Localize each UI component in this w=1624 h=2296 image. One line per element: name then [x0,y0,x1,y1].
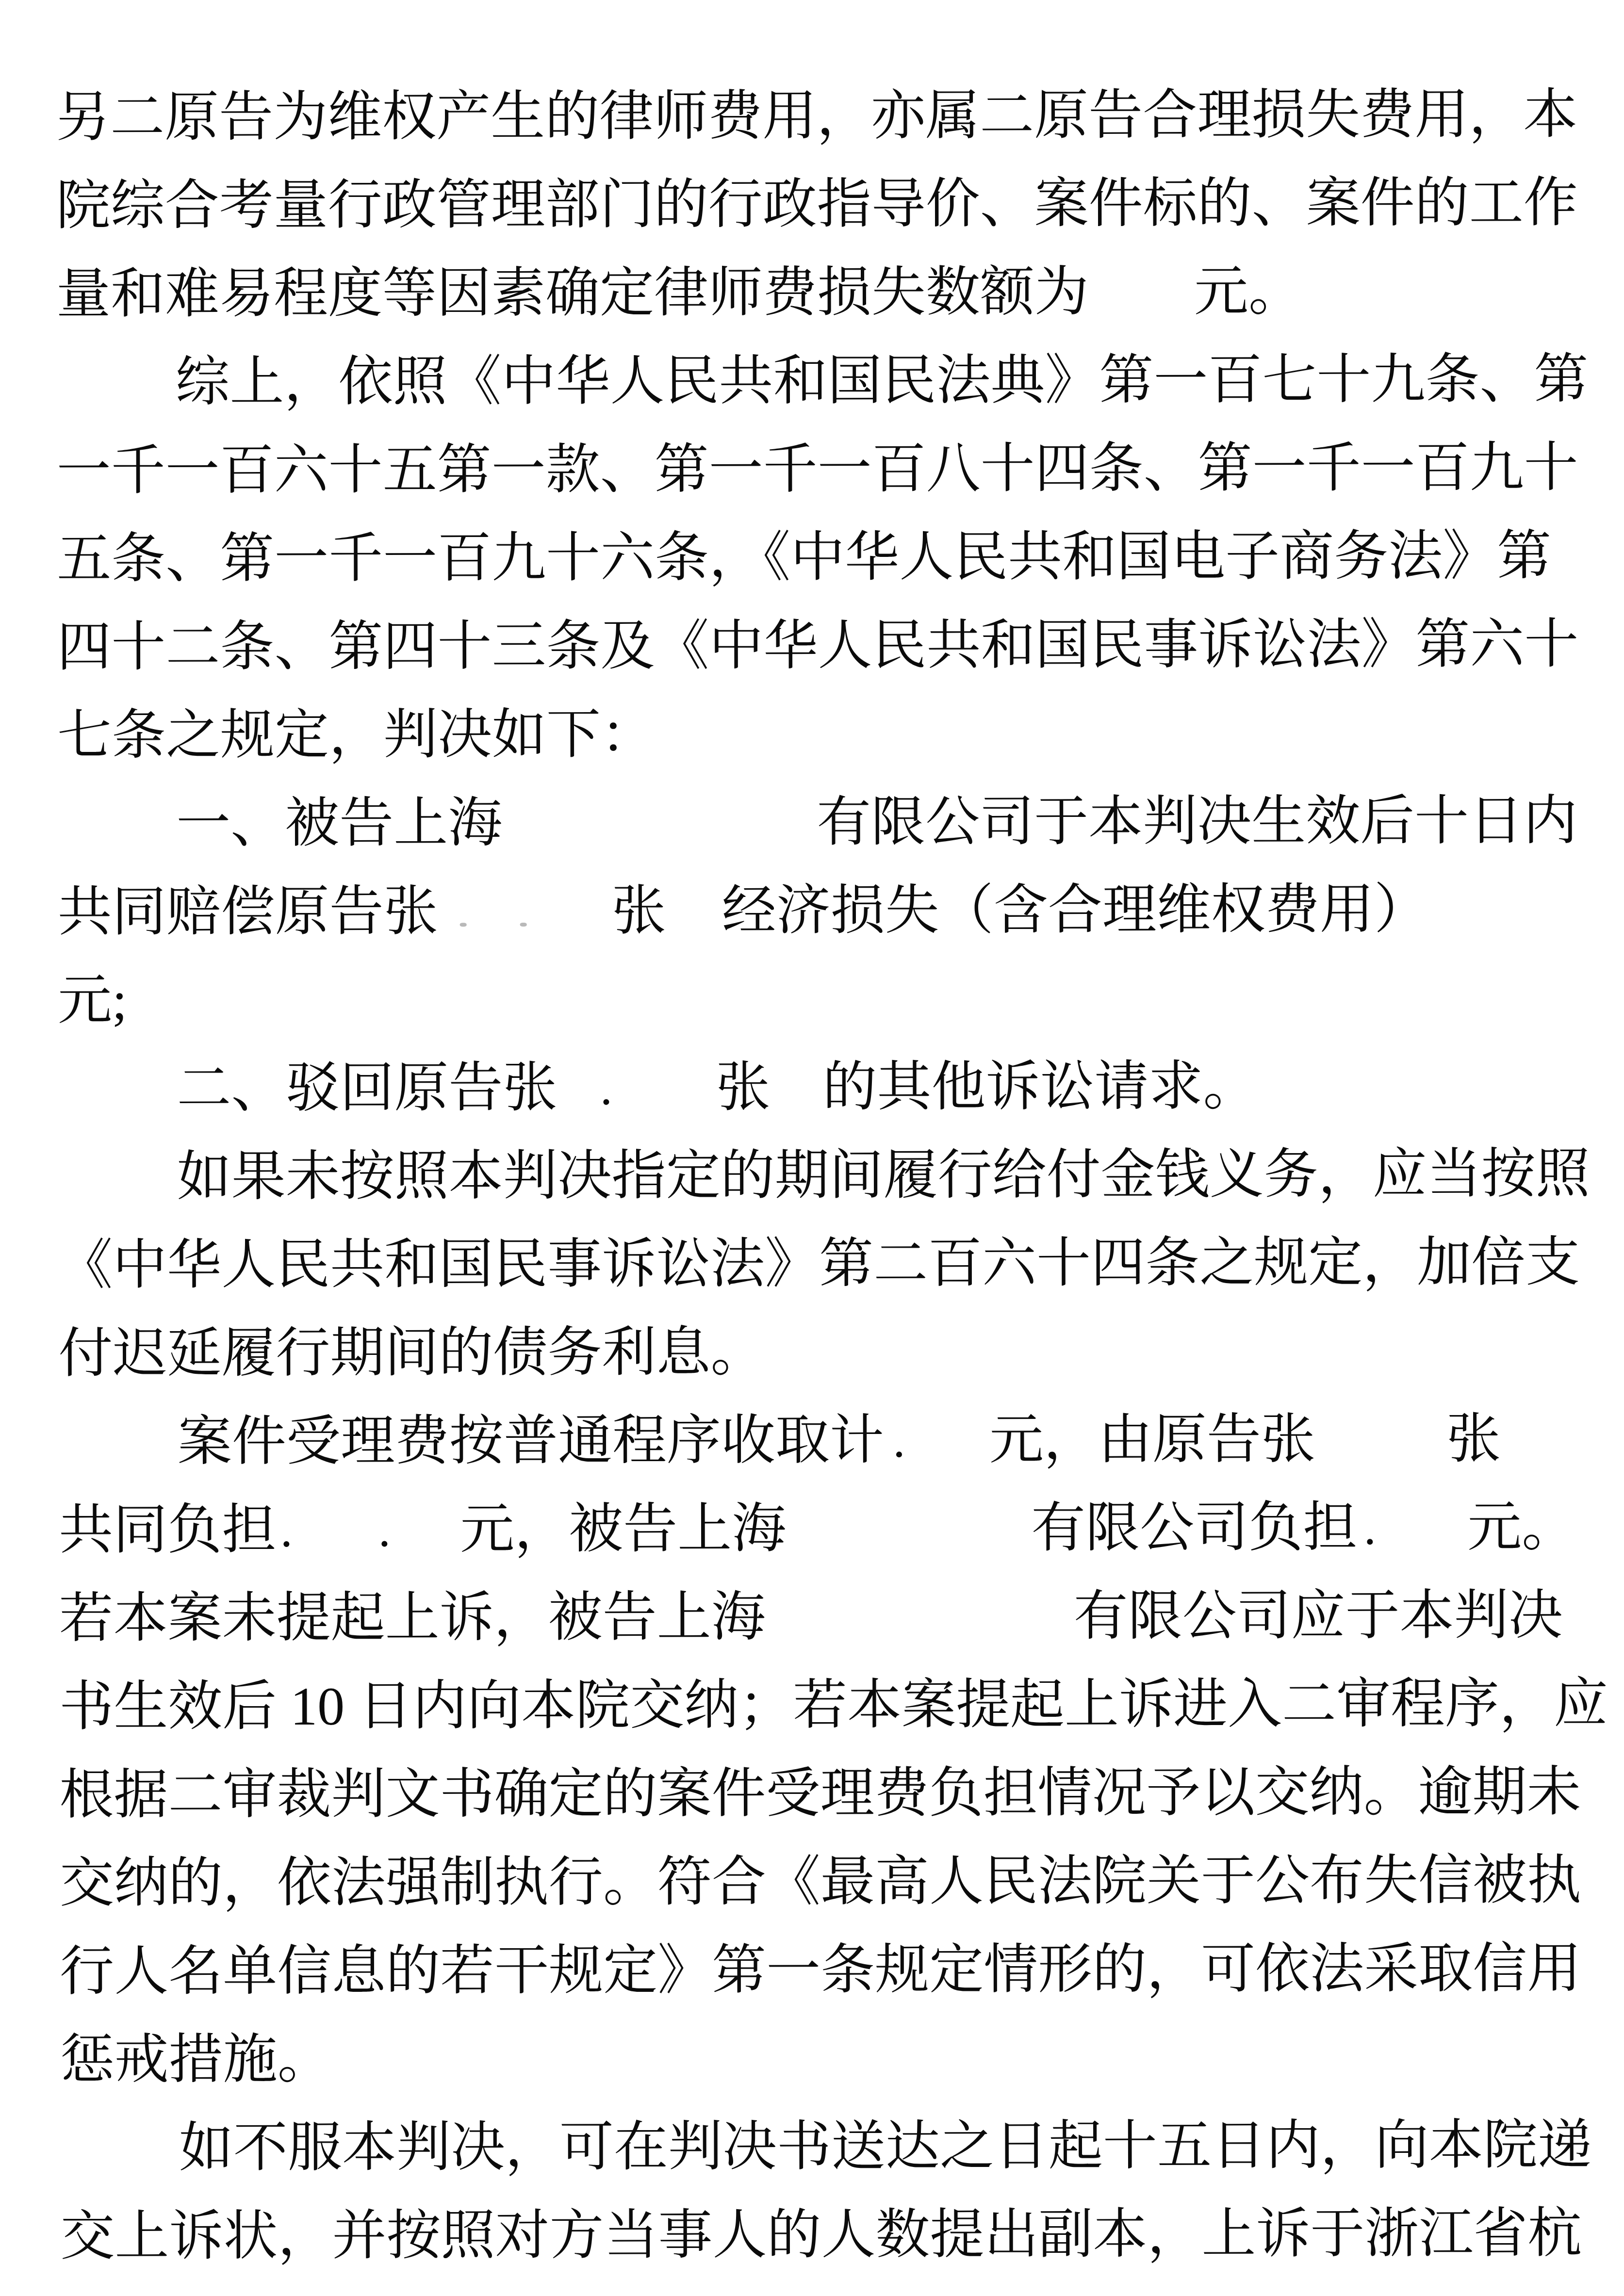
text-line: 另二原告为维权产生的律师费用，亦属二原告合理损失费用，本 [56,70,1579,162]
redacted-blank [766,1634,1074,1635]
text-line: 元; [58,953,1581,1045]
text-line: 共同赔偿原告张张经济损失（含合理维权费用） [57,865,1581,957]
text-line: 书生效后 10 日内向本院交纳；若本案提起上诉进入二审程序，应 [59,1660,1583,1751]
redacted-blank [666,928,722,929]
text-segment: 元。 [1194,262,1303,322]
judgment-page: 另二原告为维权产生的律师费用，亦属二原告合理损失费用，本院综合考量行政管理部门的… [56,70,1584,2281]
redacted-blank [609,1105,716,1106]
text-line: 一千一百六十五第一款、第一千一百八十四条、第一千一百九十 [57,423,1580,515]
text-line: 交纳的，依法强制执行。符合《最高人民法院关于公布失信被执 [60,1836,1583,1928]
text-segment: 付迟延履行期间的债务利息。 [58,1322,765,1384]
redacted-blank [467,929,520,929]
text-segment: 共同负担 [59,1500,276,1561]
text-segment: 如果未按照本判决指定的期间履行给付金钱义务，应当按照 [177,1144,1590,1207]
text-segment: 四十二条、第四十三条及《中华人民共和国民事诉讼法》第六十 [57,614,1578,678]
text-segment: 案件受理费按普通程序收取计 [178,1410,884,1472]
text-segment: 元，被告上海 [460,1499,786,1560]
text-line: 院综合考量行政管理部门的行政指导价、案件标的、案件的工作 [56,159,1579,250]
text-segment: 行人名单信息的若干规定》第一条规定情形的，可依法采取信用 [60,1938,1581,2002]
text-segment: 的其他诉讼请求。 [822,1057,1257,1118]
text-line: 二、驳回原告张张的其他诉讼请求。 [58,1042,1581,1133]
text-line: 七条之规定，判决如下： [57,688,1581,780]
text-segment: 有限公司于本判决生效后十日内 [817,791,1577,852]
text-line: 若本案未提起上诉，被告上海有限公司应于本判决 [59,1571,1582,1663]
redacted-blank [387,1547,460,1547]
text-segment: 元; [58,971,127,1031]
text-line: 行人名单信息的若干规定》第一条规定情形的，可依法采取信用 [60,1924,1583,2016]
redaction-dot-artifact [603,1099,609,1105]
redacted-blank [1089,309,1194,310]
text-segment: 元。 [1467,1497,1576,1557]
redacted-blank [438,929,460,929]
text-line: 五条、第一千一百九十六条，《中华人民共和国电子商务法》第 [57,512,1580,603]
text-segment: 综上，依照《中华人民共和国民法典》第一百七十九条、第 [175,349,1588,412]
text-segment: 另二原告为维权产生的律师费用，亦属二原告合理损失费用，本 [56,84,1577,148]
text-segment: 有限公司应于本判决 [1074,1586,1563,1647]
redacted-blank [557,1106,603,1106]
text-segment: 共同赔偿原告张 [57,881,438,943]
redaction-dot-artifact [520,923,527,927]
redaction-dot-artifact [460,923,467,927]
redacted-blank [289,1547,381,1548]
redacted-blank [1373,1545,1467,1546]
text-segment: 若本案未提起上诉，被告上海 [59,1587,766,1649]
redaction-dot-artifact [1367,1539,1373,1545]
text-line: 根据二审裁判文书确定的案件受理费负担情况予以交纳。逾期未 [59,1748,1583,1840]
text-line: 一、被告上海有限公司于本判决生效后十日内 [57,777,1581,868]
redacted-blank [884,1458,896,1458]
text-line: 如果未按照本判决指定的期间履行给付金钱义务，应当按照 [58,1130,1582,1221]
text-segment: 张 [716,1058,770,1118]
text-segment: 经济损失（含合理维权费用） [722,879,1428,941]
text-segment: 一千一百六十五第一款、第一千一百八十四条、第一千一百九十 [57,438,1578,501]
text-segment: 如不服本判决，可在判决书送达之日起十五日内，向本院递 [179,2115,1592,2178]
text-line: 案件受理费按普通程序收取计元，由原告张张 [59,1395,1582,1486]
text-line: 《中华人民共和国民事诉讼法》第二百六十四条之规定，加倍支 [58,1218,1582,1310]
text-segment: 惩戒措施。 [60,2030,331,2090]
text-segment: 有限公司负担 [1031,1498,1357,1558]
text-segment: 七条之规定，判决如下： [57,704,655,766]
redacted-blank [786,1546,1031,1547]
text-segment: 书生效后 10 日内向本院交纳；若本案提起上诉进入二审程序，应 [59,1674,1608,1737]
redacted-blank [770,1105,822,1106]
scanned-judgment-sheet: 另二原告为维权产生的律师费用，亦属二原告合理损失费用，本院综合考量行政管理部门的… [0,0,1624,2296]
text-segment: 张 [611,881,666,941]
text-line: 付迟延履行期间的债务利息。 [58,1306,1582,1398]
redacted-blank [502,840,817,841]
text-line: 综上，依照《中华人民共和国民法典》第一百七十九条、第 [56,335,1580,427]
redacted-blank [1315,1457,1446,1458]
text-segment: 一、被告上海 [176,793,502,854]
text-line: 量和难易程度等因素确定律师费损失数额为元。 [56,247,1580,339]
redacted-blank [1357,1545,1367,1546]
text-segment: 交上诉状，并按照对方当事人的人数提出副本，上诉于浙江省杭 [60,2203,1582,2267]
text-line: 共同负担元，被告上海有限公司负担元。 [59,1483,1582,1575]
text-segment: 根据二审裁判文书确定的案件受理费负担情况予以交纳。逾期未 [59,1762,1581,1825]
text-line: 四十二条、第四十三条及《中华人民共和国民事诉讼法》第六十 [57,600,1580,692]
text-line: 如不服本判决，可在判决书送达之日起十五日内，向本院递 [60,2101,1584,2193]
redaction-dot-artifact [381,1541,387,1547]
redacted-blank [276,1547,283,1548]
text-segment: 院综合考量行政管理部门的行政指导价、案件标的、案件的工作 [56,173,1577,236]
redacted-blank [902,1458,989,1458]
redacted-blank [527,929,612,929]
text-segment: 张 [1446,1409,1501,1469]
text-line: 交上诉状，并按照对方当事人的人数提出副本，上诉于浙江省杭 [60,2189,1584,2281]
redaction-dot-artifact [283,1541,289,1547]
text-line: 惩戒措施。 [60,2013,1583,2104]
text-segment: 交纳的，依法强制执行。符合《最高人民法院关于公布失信被执 [60,1850,1581,1914]
text-segment: 《中华人民共和国民事诉讼法》第二百六十四条之规定，加倍支 [58,1232,1580,1296]
text-segment: 五条、第一千一百九十六条，《中华人民共和国电子商务法》第 [57,526,1551,589]
text-segment: 元，由原告张 [989,1410,1315,1470]
redaction-dot-artifact [896,1451,902,1457]
text-segment: 量和难易程度等因素确定律师费损失数额为 [56,262,1089,325]
text-segment: 二、驳回原告张 [177,1058,557,1119]
